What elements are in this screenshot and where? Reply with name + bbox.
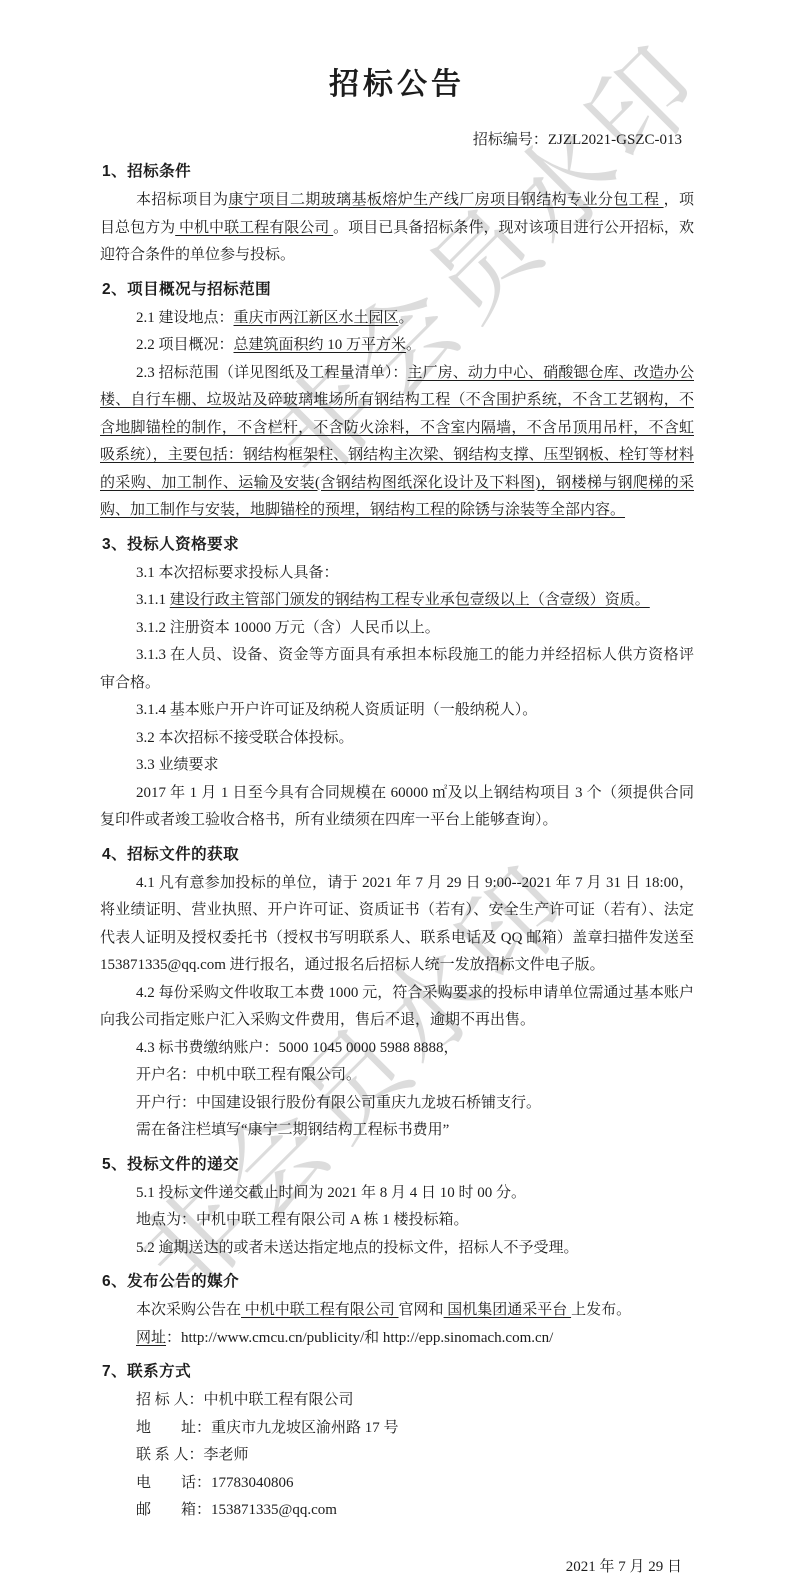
text-segment: 。 <box>399 310 414 326</box>
section-5-1-paragraph: 5.1 投标文件递交截止时间为 2021 年 8 月 4 日 10 时 00 分… <box>100 1180 694 1208</box>
section-2-3-paragraph: 2.3 招标范围（详见图纸及工程量清单）：主厂房、动力中心、硝酸锶仓库、改造办公… <box>100 360 694 525</box>
contact-row-address: 地 址：重庆市九龙坡区渝州路 17 号 <box>100 1415 694 1443</box>
contact-value: 中机中联工程有限公司 <box>204 1392 354 1408</box>
text-segment: 2.2 项目概况： <box>136 337 234 353</box>
website-paragraph: 网址：http://www.cmcu.cn/publicity/和 http:/… <box>100 1325 694 1353</box>
delivery-place-paragraph: 地点为：中机中联工程有限公司 A 栋 1 楼投标箱。 <box>100 1207 694 1235</box>
section-4-1-paragraph: 4.1 凡有意参加投标的单位，请于 2021 年 7 月 29 日 9:00--… <box>100 870 694 980</box>
filled-blank-project-name: 康宁项目二期玻璃基板熔炉生产线厂房项目钢结构专业分包工程 <box>228 192 663 208</box>
text-segment: 官网和 <box>399 1302 444 1318</box>
section-3-heading: 3、投标人资格要求 <box>102 531 694 558</box>
contact-value: 153871335@qq.com <box>211 1502 337 1518</box>
website-label: 网址 <box>136 1330 166 1346</box>
section-7-heading: 7、联系方式 <box>102 1358 694 1385</box>
section-3-3-paragraph: 3.3 业绩要求 <box>100 752 694 780</box>
text-segment: 2.1 建设地点： <box>136 310 234 326</box>
contact-row-tenderer: 招 标 人：中机中联工程有限公司 <box>100 1387 694 1415</box>
section-6-paragraph: 本次采购公告在 中机中联工程有限公司 官网和 国机集团通采平台 上发布。 <box>100 1297 694 1325</box>
section-4-heading: 4、招标文件的获取 <box>102 841 694 868</box>
section-3-1-2-paragraph: 3.1.2 注册资本 10000 万元（含）人民币以上。 <box>100 615 694 643</box>
filled-blank-location: 重庆市两江新区水土园区 <box>234 310 399 326</box>
text-segment: 本招标项目为 <box>136 192 228 208</box>
section-6-heading: 6、发布公告的媒介 <box>102 1268 694 1295</box>
account-name-paragraph: 开户名：中机中联工程有限公司。 <box>100 1062 694 1090</box>
contact-label: 招 标 人： <box>136 1392 204 1408</box>
text-segment: 。 <box>406 337 421 353</box>
section-3-1-paragraph: 3.1 本次招标要求投标人具备： <box>100 560 694 588</box>
contact-row-email: 邮 箱：153871335@qq.com <box>100 1497 694 1525</box>
document-content: 招标公告 招标编号：ZJZL2021-GSZC-013 1、招标条件 本招标项目… <box>0 0 794 1579</box>
section-2-1-paragraph: 2.1 建设地点：重庆市两江新区水土园区。 <box>100 305 694 333</box>
section-3-2-paragraph: 3.2 本次招标不接受联合体投标。 <box>100 725 694 753</box>
contact-value: 重庆市九龙坡区渝州路 17 号 <box>211 1420 399 1436</box>
filled-blank-scope: 主厂房、动力中心、硝酸锶仓库、改造办公楼、自行车棚、垃圾站及碎玻璃堆场所有钢结构… <box>100 365 694 519</box>
document-date: 2021 年 7 月 29 日 <box>100 1555 694 1579</box>
filled-blank-contractor-name: 中机中联工程有限公司 <box>175 220 333 236</box>
website-urls: ：http://www.cmcu.cn/publicity/和 http://e… <box>166 1330 553 1346</box>
section-5-heading: 5、投标文件的递交 <box>102 1151 694 1178</box>
section-3-1-4-paragraph: 3.1.4 基本账户开户许可证及纳税人资质证明（一般纳税人）。 <box>100 697 694 725</box>
section-3-1-3-paragraph: 3.1.3 在人员、设备、资金等方面具有承担本标段施工的能力并经招标人供方资格评… <box>100 642 694 697</box>
contact-value: 17783040806 <box>211 1475 294 1491</box>
contact-label: 地 址： <box>136 1420 211 1436</box>
document-title: 招标公告 <box>100 64 694 106</box>
section-3-3-detail-paragraph: 2017 年 1 月 1 日至今具有合同规模在 60000 ㎡及以上钢结构项目 … <box>100 780 694 835</box>
contact-row-phone: 电 话：17783040806 <box>100 1470 694 1498</box>
filled-blank-website-owner: 中机中联工程有限公司 <box>241 1302 399 1318</box>
contact-value: 李老师 <box>204 1447 249 1463</box>
contact-label: 邮 箱： <box>136 1502 211 1518</box>
contact-row-person: 联 系 人：李老师 <box>100 1442 694 1470</box>
text-segment: 2.3 招标范围（详见图纸及工程量清单）： <box>136 365 408 381</box>
tender-number-label: 招标编号： <box>473 132 548 148</box>
text-segment: 本次采购公告在 <box>136 1302 241 1318</box>
tender-number-value: ZJZL2021-GSZC-013 <box>548 132 682 148</box>
section-4-3-paragraph: 4.3 标书费缴纳账户：5000 1045 0000 5988 8888， <box>100 1035 694 1063</box>
section-5-2-paragraph: 5.2 逾期送达的或者未送达指定地点的投标文件，招标人不予受理。 <box>100 1235 694 1263</box>
contact-label: 联 系 人： <box>136 1447 204 1463</box>
tender-number: 招标编号：ZJZL2021-GSZC-013 <box>100 128 694 152</box>
filled-blank-qualification: 建设行政主管部门颁发的钢结构工程专业承包壹级以上（含壹级）资质。 <box>170 592 650 608</box>
bank-name-paragraph: 开户行：中国建设银行股份有限公司重庆九龙坡石桥铺支行。 <box>100 1090 694 1118</box>
section-1-paragraph: 本招标项目为康宁项目二期玻璃基板熔炉生产线厂房项目钢结构专业分包工程 ，项目总包… <box>100 187 694 270</box>
section-3-1-1-paragraph: 3.1.1 建设行政主管部门颁发的钢结构工程专业承包壹级以上（含壹级）资质。 <box>100 587 694 615</box>
text-segment: 3.1.1 <box>136 592 170 608</box>
contact-label: 电 话： <box>136 1475 211 1491</box>
text-segment: 上发布。 <box>571 1302 631 1318</box>
remark-note-paragraph: 需在备注栏填写“康宁二期钢结构工程标书费用” <box>100 1117 694 1145</box>
section-1-heading: 1、招标条件 <box>102 158 694 185</box>
filled-blank-platform: 国机集团通采平台 <box>444 1302 572 1318</box>
document-page: 非会员水印 非会员水印 招标公告 招标编号：ZJZL2021-GSZC-013 … <box>0 0 794 1588</box>
section-2-2-paragraph: 2.2 项目概况：总建筑面积约 10 万平方米。 <box>100 332 694 360</box>
section-4-2-paragraph: 4.2 每份采购文件收取工本费 1000 元，符合采购要求的投标申请单位需通过基… <box>100 980 694 1035</box>
filled-blank-area: 总建筑面积约 10 万平方米 <box>234 337 407 353</box>
section-2-heading: 2、项目概况与招标范围 <box>102 276 694 303</box>
